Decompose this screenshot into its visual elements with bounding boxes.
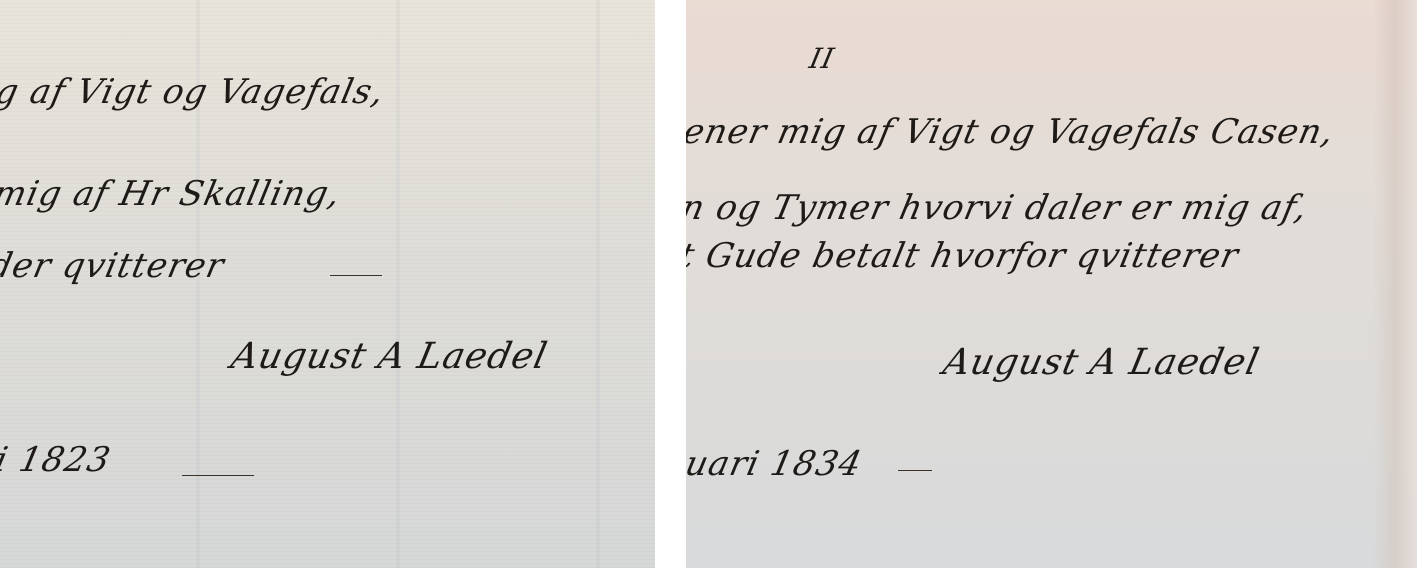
closing-dash — [330, 275, 382, 276]
handwritten-line: der qvitterer — [0, 246, 228, 286]
panel-gutter — [655, 0, 686, 568]
left-document-photo: g af Vigt og Vagefals, mig af Hr Skallin… — [0, 0, 655, 568]
right-document-photo: II ener mig af Vigt og Vagefals Casen, n… — [686, 0, 1417, 568]
handwritten-line: t Gude betalt hvorfor qvitterer — [686, 236, 1243, 276]
closing-dash — [898, 470, 932, 471]
handwritten-line: ener mig af Vigt og Vagefals Casen, — [686, 112, 1338, 152]
page-mark: II — [806, 42, 837, 75]
date-fragment: uari 1834 — [686, 444, 866, 484]
signature: August A Laedel — [940, 342, 1263, 383]
handwritten-line: mig af Hr Skalling, — [0, 174, 345, 214]
closing-dash — [182, 475, 254, 476]
handwritten-line: n og Tymer hvorvi daler er mig af, — [686, 188, 1311, 228]
date-fragment: i 1823 — [0, 440, 114, 480]
handwritten-line: g af Vigt og Vagefals, — [0, 72, 388, 112]
signature: August A Laedel — [228, 336, 551, 377]
